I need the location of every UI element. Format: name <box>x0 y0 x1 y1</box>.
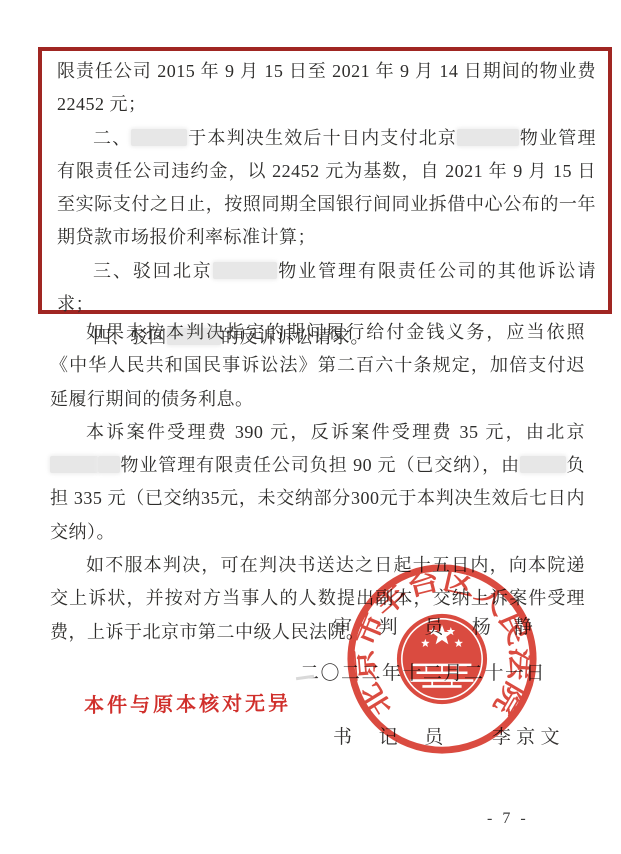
scanned-judgment-page: 限责任公司 2015 年 9 月 15 日至 2021 年 9 月 14 日期间… <box>0 0 621 854</box>
redaction-bar <box>50 456 98 473</box>
paragraph: 如果未按本判决指定的期间履行给付金钱义务，应当依照《中华人民共和国民事诉讼法》第… <box>50 316 585 416</box>
redaction-bar <box>131 129 187 146</box>
paragraph: 三、驳回北京物业管理有限责任公司的其他诉讼请求； <box>57 255 596 322</box>
paragraph: 本诉案件受理费 390 元，反诉案件受理费 35 元，由北京物业管理有限责任公司… <box>50 416 585 549</box>
redaction-bar <box>213 262 277 279</box>
court-seal-icon: 北京市丰台区人民法院 <box>344 561 540 757</box>
paragraph: 限责任公司 2015 年 9 月 15 日至 2021 年 9 月 14 日期间… <box>57 55 596 122</box>
page-number: - 7 - <box>487 810 529 828</box>
red-highlight-box: 限责任公司 2015 年 9 月 15 日至 2021 年 9 月 14 日期间… <box>38 47 612 314</box>
certification-stamp-text: 本件与原本核对无异 <box>84 687 291 718</box>
redaction-bar <box>98 456 120 473</box>
national-emblem-icon <box>397 614 487 704</box>
redaction-bar <box>520 456 566 473</box>
redaction-bar <box>457 129 519 146</box>
paragraph: 二、于本判决生效后十日内支付北京物业管理有限责任公司违约金，以 22452 元为… <box>57 122 596 255</box>
